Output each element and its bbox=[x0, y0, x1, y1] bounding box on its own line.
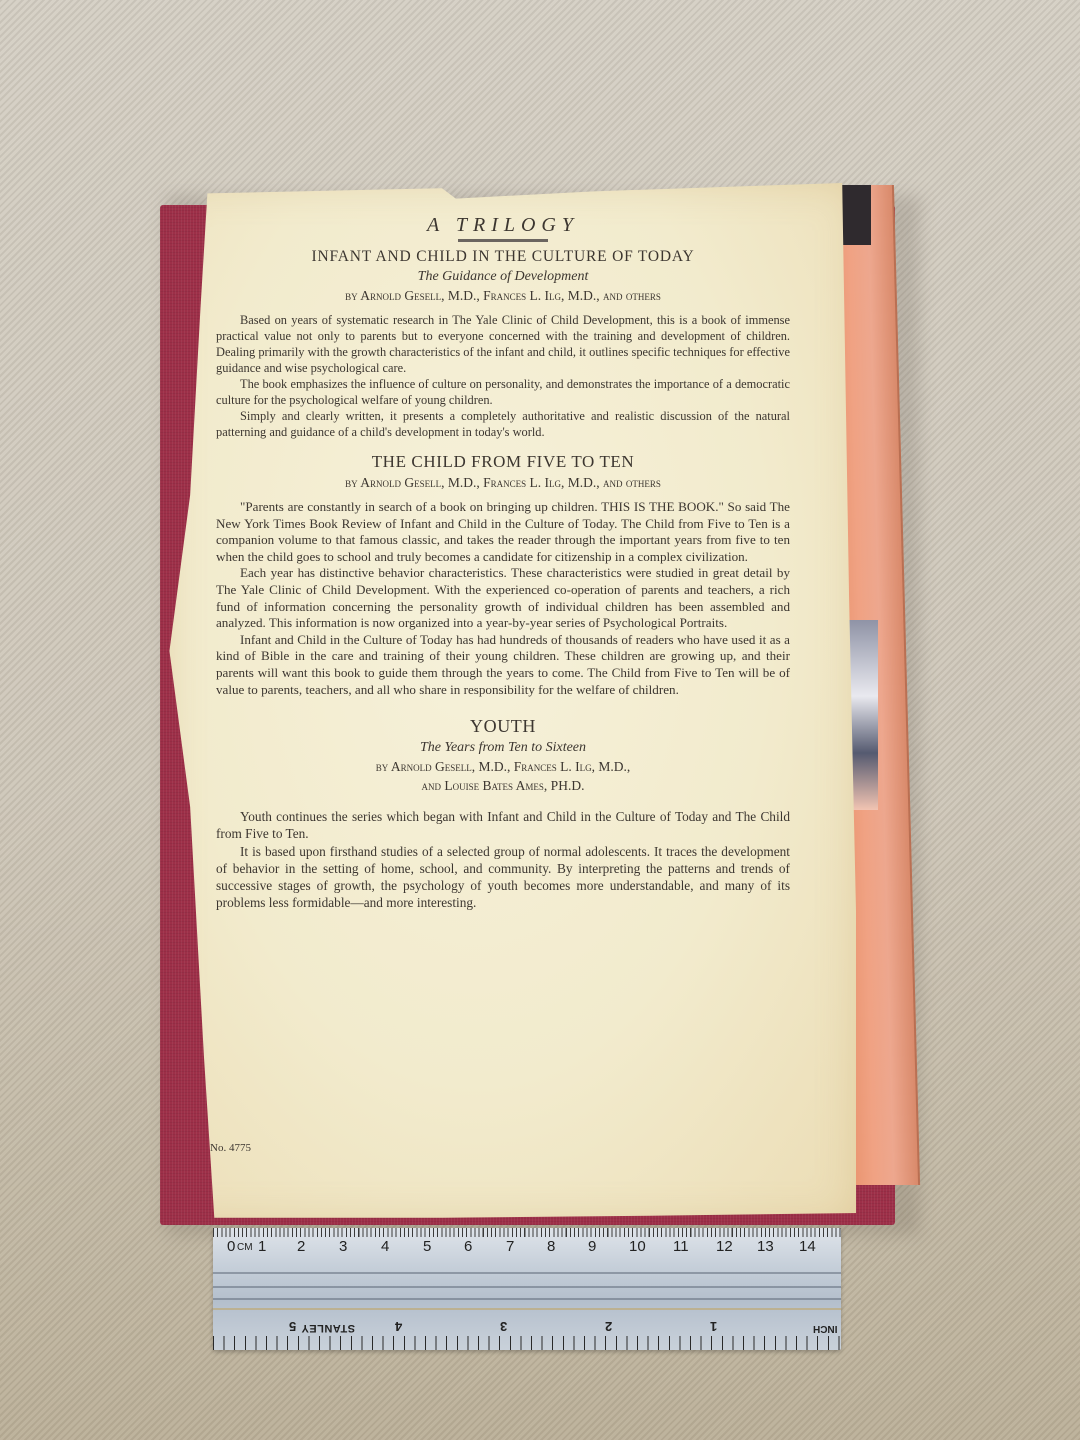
book-2: THE CHILD FROM FIVE TO TEN by Arnold Ges… bbox=[208, 452, 798, 698]
book-2-description: "Parents are constantly in search of a b… bbox=[216, 499, 790, 698]
ruler-groove bbox=[213, 1272, 841, 1274]
book-3-byline-2: and Louise Bates Ames, PH.D. bbox=[208, 778, 798, 794]
cm-scale bbox=[213, 1228, 841, 1264]
cm-label-6: 6 bbox=[464, 1238, 472, 1255]
book-3-description: Youth continues the series which began w… bbox=[216, 808, 790, 911]
cm-label-3: 3 bbox=[339, 1238, 347, 1255]
cm-label-1: 1 bbox=[258, 1238, 266, 1255]
paragraph: The book emphasizes the influence of cul… bbox=[216, 376, 790, 408]
book-3-title: YOUTH bbox=[208, 716, 798, 737]
paragraph: "Parents are constantly in search of a b… bbox=[216, 499, 790, 565]
book-2-title: THE CHILD FROM FIVE TO TEN bbox=[208, 452, 798, 472]
book-1-description: Based on years of systematic research in… bbox=[216, 312, 790, 440]
paragraph: Each year has distinctive behavior chara… bbox=[216, 565, 790, 631]
cm-label-10: 10 bbox=[629, 1238, 646, 1255]
inch-label-2: 2 bbox=[605, 1319, 612, 1334]
cm-label-7: 7 bbox=[506, 1238, 514, 1255]
paragraph: Based on years of systematic research in… bbox=[216, 312, 790, 376]
book-3-subtitle: The Years from Ten to Sixteen bbox=[208, 740, 798, 756]
cm-unit: CM bbox=[237, 1242, 253, 1253]
cm-label-4: 4 bbox=[381, 1238, 389, 1255]
heading-rule bbox=[458, 239, 548, 242]
inch-label-5: 5 bbox=[289, 1319, 296, 1334]
cm-label-11: 11 bbox=[673, 1238, 689, 1255]
cm-label-8: 8 bbox=[547, 1238, 555, 1255]
cm-label-2: 2 bbox=[297, 1238, 305, 1255]
cm-label-12: 12 bbox=[716, 1238, 733, 1255]
inch-unit: INCH bbox=[813, 1323, 837, 1334]
book-3: YOUTH The Years from Ten to Sixteen by A… bbox=[208, 716, 798, 911]
paragraph: Youth continues the series which began w… bbox=[216, 808, 790, 842]
cm-label-9: 9 bbox=[588, 1238, 596, 1255]
inch-label-1: 1 bbox=[710, 1319, 717, 1334]
paragraph: It is based upon firsthand studies of a … bbox=[216, 843, 790, 912]
catalog-number: No. 4775 bbox=[210, 1142, 251, 1154]
cm-label-0: 0 bbox=[227, 1238, 235, 1255]
cm-label-5: 5 bbox=[423, 1238, 431, 1255]
ruler-brand: STANLEY bbox=[301, 1322, 355, 1334]
jacket-text: A TRILOGY INFANT AND CHILD IN THE CULTUR… bbox=[208, 210, 798, 911]
cm-label-13: 13 bbox=[757, 1238, 774, 1255]
book-1-subtitle: The Guidance of Development bbox=[208, 269, 798, 285]
cm-label-14: 14 bbox=[799, 1238, 816, 1255]
book-1: INFANT AND CHILD IN THE CULTURE OF TODAY… bbox=[208, 248, 798, 440]
book-2-byline: by Arnold Gesell, M.D., Frances L. Ilg, … bbox=[208, 475, 798, 491]
book-3-byline: by Arnold Gesell, M.D., Frances L. Ilg, … bbox=[208, 759, 798, 775]
book-1-byline: by Arnold Gesell, M.D., Frances L. Ilg, … bbox=[208, 288, 798, 304]
inch-label-4: 4 bbox=[395, 1319, 402, 1334]
inch-label-3: 3 bbox=[500, 1319, 507, 1334]
trilogy-heading: A TRILOGY bbox=[208, 214, 798, 237]
ruler: 0 CM 1 2 3 4 5 6 7 8 9 10 11 12 13 14 IN… bbox=[213, 1228, 841, 1350]
book-1-title: INFANT AND CHILD IN THE CULTURE OF TODAY bbox=[208, 248, 798, 266]
ruler-groove bbox=[213, 1286, 841, 1288]
ruler-groove bbox=[213, 1298, 841, 1300]
paragraph: Infant and Child in the Culture of Today… bbox=[216, 632, 790, 698]
paragraph: Simply and clearly written, it presents … bbox=[216, 408, 790, 440]
